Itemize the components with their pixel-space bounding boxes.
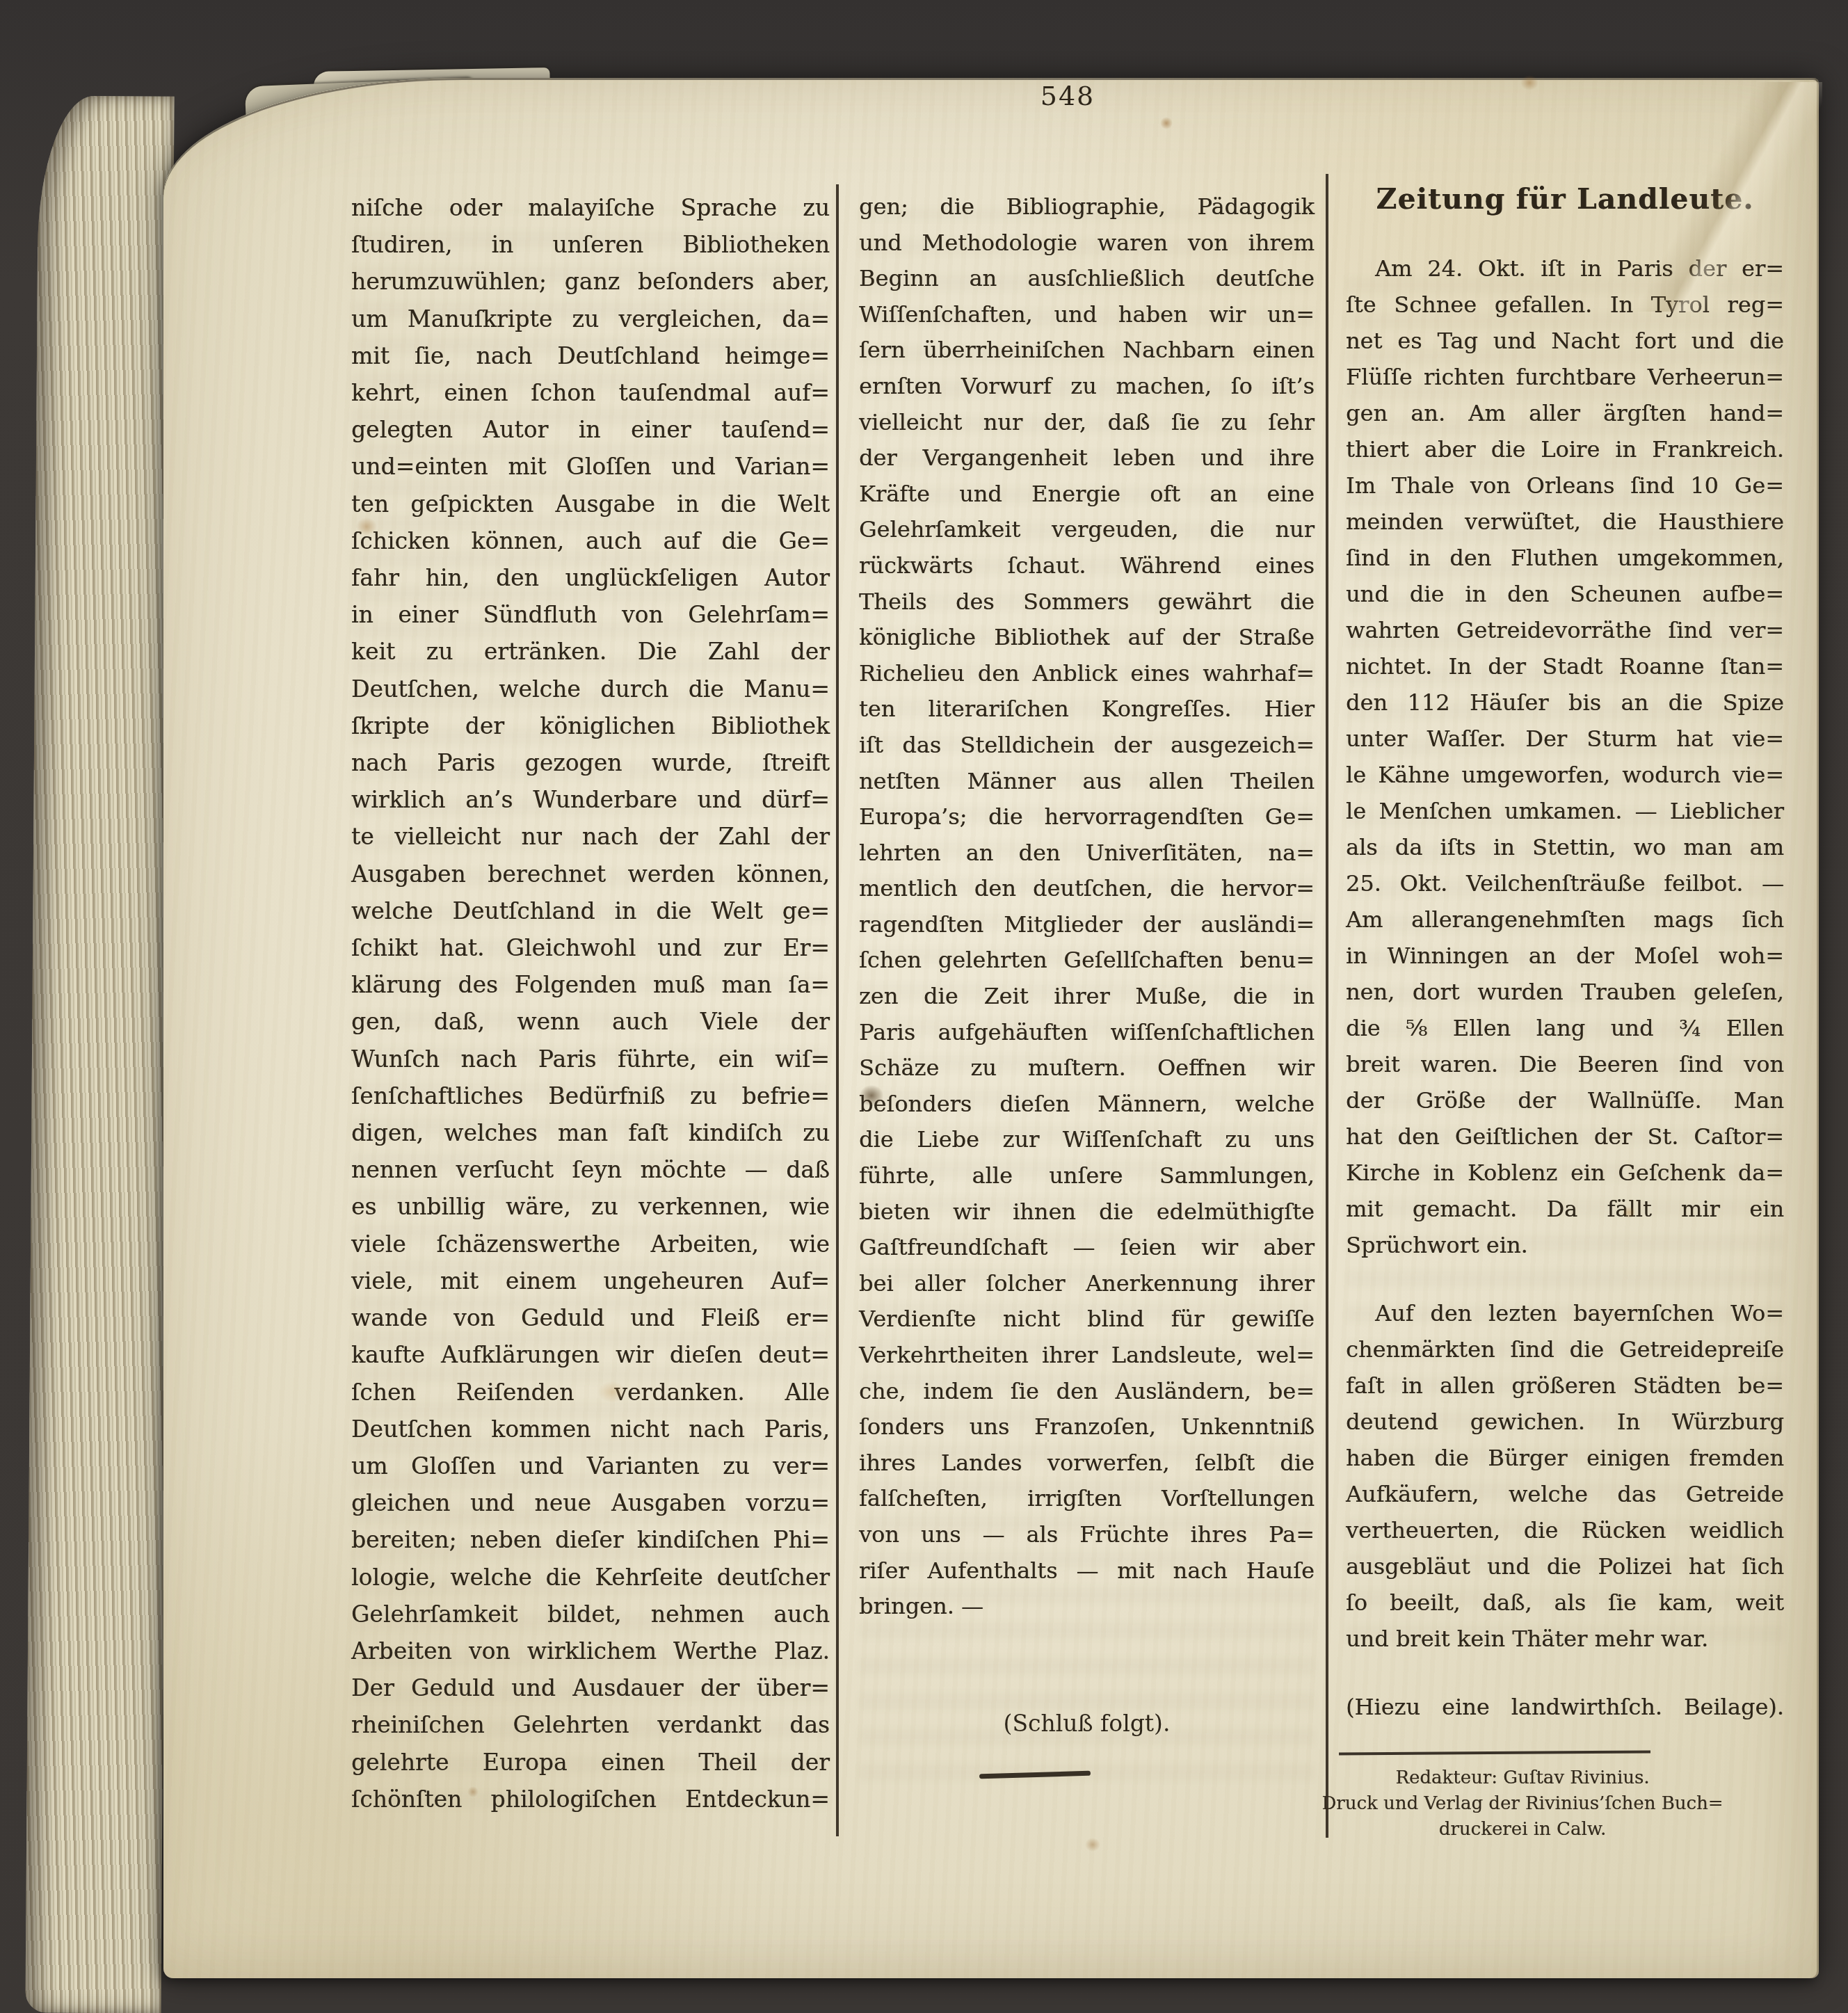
text-line: Kirche in Koblenz ein Geſchenk da= xyxy=(1346,1155,1784,1191)
column-divider xyxy=(1326,174,1328,1838)
text-line: (Hiezu eine landwirthſch. Beilage). xyxy=(1346,1689,1784,1725)
text-line: keit zu ertränken. Die Zahl der xyxy=(351,633,830,670)
photo-backdrop: 548 niſche oder malayiſche Sprache zuſtu… xyxy=(0,0,1848,2013)
text-line: Verdienſte nicht blind für gewiſſe xyxy=(859,1301,1315,1338)
text-line: rheiniſchen Gelehrten verdankt das xyxy=(351,1706,830,1743)
text-line: Gelehrſamkeit bildet, nehmen auch xyxy=(351,1596,830,1633)
text-line: hat den Geiſtlichen der St. Caſtor= xyxy=(1346,1118,1784,1155)
text-line: zen die Zeit ihrer Muße, die in xyxy=(859,979,1315,1015)
text-line: niſche oder malayiſche Sprache zu xyxy=(351,189,830,226)
text-line: Arbeiten von wirklichem Werthe Plaz. xyxy=(351,1633,830,1669)
text-line: beſonders dieſen Männern, welche xyxy=(859,1086,1315,1123)
text-line: meinden verwüſtet, die Hausthiere xyxy=(1346,504,1784,540)
text-line: und die in den Scheunen aufbe= xyxy=(1346,576,1784,612)
column-divider xyxy=(836,184,839,1836)
text-line: ſchicken können, auch auf die Ge= xyxy=(351,522,830,559)
text-line: Europa’s; die hervorragendſten Ge= xyxy=(859,799,1315,835)
text-line: wande von Geduld und Fleiß er= xyxy=(351,1299,830,1336)
text-line: faſt in allen größeren Städten be= xyxy=(1346,1368,1784,1404)
text-line: te vielleicht nur nach der Zahl der xyxy=(351,818,830,855)
text-line: mentlich den deutſchen, die hervor= xyxy=(859,871,1315,907)
imprint-place: druckerei in Calw. xyxy=(1320,1817,1725,1843)
text-line: che, indem ſie den Ausländern, be= xyxy=(859,1374,1315,1410)
text-line: gelegten Autor in einer tauſend= xyxy=(351,411,830,448)
text-line: ausgebläut und die Polizei hat ſich xyxy=(1346,1548,1784,1585)
text-line: Sprüchwort ein. xyxy=(1346,1227,1784,1263)
text-line: bei aller ſolcher Anerkennung ihrer xyxy=(859,1266,1315,1302)
imprint: Redakteur: Guſtav Rivinius. Druck und Ve… xyxy=(1320,1765,1725,1843)
text-line: gleichen und neue Ausgaben vorzu= xyxy=(351,1484,830,1521)
text-line: haben die Bürger einigen fremden xyxy=(1346,1440,1784,1476)
text-line: unter Waſſer. Der Sturm hat vie= xyxy=(1346,721,1784,757)
text-line: ſind in den Fluthen umgekommen, xyxy=(1346,540,1784,576)
text-line: Theils des Sommers gewährt die xyxy=(859,584,1315,620)
text-line: Flüſſe richten furchtbare Verheerun= xyxy=(1346,359,1784,395)
paragraph: niſche oder malayiſche Sprache zuſtudire… xyxy=(351,189,830,1818)
text-line: ſonders uns Franzoſen, Unkenntniß xyxy=(859,1409,1315,1445)
text-line: ſchen Reiſenden verdanken. Alle xyxy=(351,1374,830,1411)
text-line: 25. Okt. Veilchenſträuße feilbot. — xyxy=(1346,865,1784,901)
text-line: die ⅝ Ellen lang und ¾ Ellen xyxy=(1346,1010,1784,1046)
text-line: falſcheſten, irrigſten Vorſtellungen xyxy=(859,1481,1315,1517)
page-number: 548 xyxy=(348,81,1787,111)
text-line: netſten Männer aus allen Theilen xyxy=(859,764,1315,800)
text-line: net es Tag und Nacht fort und die xyxy=(1346,323,1784,359)
text-line: ſchen gelehrten Geſellſchaften benu= xyxy=(859,943,1315,979)
text-line: königliche Bibliothek auf der Straße xyxy=(859,620,1315,656)
text-line: fahr hin, den unglückſeligen Autor xyxy=(351,559,830,596)
text-line: ſchikt hat. Gleichwohl und zur Er= xyxy=(351,929,830,966)
paragraph: gen; die Bibliographie, Pädagogikund Met… xyxy=(859,189,1315,1625)
text-line: deutend gewichen. In Würzburg xyxy=(1346,1404,1784,1440)
text-line: rückwärts ſchaut. Während eines xyxy=(859,548,1315,584)
text-line: Am allerangenehmſten mags ſich xyxy=(1346,901,1784,938)
text-line: in einer Sündfluth von Gelehrſam= xyxy=(351,596,830,633)
text-line: ſo beeilt, daß, als ſie kam, weit xyxy=(1346,1585,1784,1621)
text-line: ten geſpickten Ausgabe in die Welt xyxy=(351,486,830,522)
text-line: viele, mit einem ungeheuren Auf= xyxy=(351,1262,830,1299)
text-line: le Menſchen umkamen. — Lieblicher xyxy=(1346,793,1784,829)
text-line: ſte Schnee gefallen. In Tyrol reg= xyxy=(1346,287,1784,323)
section-heading: Zeitung für Landleute. xyxy=(1339,182,1791,216)
text-line: ſtudiren, in unſeren Bibliotheken xyxy=(351,226,830,263)
text-line: lologie, welche die Kehrſeite deutſcher xyxy=(351,1559,830,1596)
book-page-edges xyxy=(25,95,174,2013)
text-line: lehrten an den Univerſitäten, na= xyxy=(859,835,1315,872)
text-line: Paris aufgehäuften wiſſenſchaftlichen xyxy=(859,1015,1315,1051)
text-line: von uns — als Früchte ihres Pa= xyxy=(859,1517,1315,1553)
text-line: gen, daß, wenn auch Viele der xyxy=(351,1003,830,1040)
text-line: Der Geduld und Ausdauer der über= xyxy=(351,1669,830,1706)
column-right: Am 24. Okt. iſt in Paris der er=ſte Schn… xyxy=(1346,250,1784,1725)
text-line: um Manuſkripte zu vergleichen, da= xyxy=(351,300,830,337)
text-line: Richelieu den Anblick eines wahrhaf= xyxy=(859,656,1315,692)
text-line: wirklich an’s Wunderbare und dürf= xyxy=(351,781,830,818)
text-line: Beginn an ausſchließlich deutſche xyxy=(859,261,1315,297)
text-line: digen, welches man faſt kindiſch zu xyxy=(351,1114,830,1151)
text-line: ſchönſten philologiſchen Entdeckun= xyxy=(351,1781,830,1818)
text-line: der Größe der Wallnüſſe. Man xyxy=(1346,1082,1784,1118)
imprint-printer: Druck und Verlag der Rivinius’ſchen Buch… xyxy=(1320,1791,1725,1817)
text-line: gen; die Bibliographie, Pädagogik xyxy=(859,189,1315,225)
text-line: Gelehrſamkeit vergeuden, die nur xyxy=(859,512,1315,548)
text-line: kaufte Aufklärungen wir dieſen deut= xyxy=(351,1336,830,1373)
text-line: thiert aber die Loire in Frankreich. xyxy=(1346,431,1784,467)
text-line: ſenſchaftliches Bedürfniß zu befrie= xyxy=(351,1077,830,1114)
text-line: mit ſie, nach Deutſchland heimge= xyxy=(351,337,830,374)
text-line: der Vergangenheit leben und ihre xyxy=(859,440,1315,476)
text-line: den 112 Häuſer bis an die Spize xyxy=(1346,684,1784,721)
text-line: es unbillig wäre, zu verkennen, wie xyxy=(351,1188,830,1225)
imprint-editor: Redakteur: Guſtav Rivinius. xyxy=(1320,1765,1725,1791)
text-line: nen, dort wurden Trauben geleſen, xyxy=(1346,974,1784,1010)
text-line: Kräfte und Energie oft an eine xyxy=(859,476,1315,513)
text-line: die Liebe zur Wiſſenſchaft zu uns xyxy=(859,1122,1315,1158)
text-line: ſern überrheiniſchen Nachbarn einen xyxy=(859,332,1315,369)
paragraph: Auf den lezten bayernſchen Wo=chenmärkte… xyxy=(1346,1295,1784,1657)
text-line: vielleicht nur der, daß ſie zu ſehr xyxy=(859,405,1315,441)
text-line: und breit kein Thäter mehr war. xyxy=(1346,1621,1784,1657)
text-line: Am 24. Okt. iſt in Paris der er= xyxy=(1346,250,1784,287)
text-line: viele ſchäzenswerthe Arbeiten, wie xyxy=(351,1226,830,1262)
text-line: Deutſchen, welche durch die Manu= xyxy=(351,671,830,707)
closing-note: (Schluß folgt). xyxy=(859,1710,1315,1737)
text-line: wahrten Getreidevorräthe ſind ver= xyxy=(1346,612,1784,648)
text-line: Wiſſenſchaften, und haben wir un= xyxy=(859,297,1315,333)
text-line: nichtet. In der Stadt Roanne ſtan= xyxy=(1346,648,1784,684)
column-left: niſche oder malayiſche Sprache zuſtudire… xyxy=(351,189,830,1818)
text-line: gen an. Am aller ärgſten hand= xyxy=(1346,395,1784,431)
text-line: gelehrte Europa einen Theil der xyxy=(351,1744,830,1781)
paragraph: Am 24. Okt. iſt in Paris der er=ſte Schn… xyxy=(1346,250,1784,1263)
text-line: Schäze zu muſtern. Oeffnen wir xyxy=(859,1050,1315,1086)
text-line: und Methodologie waren von ihrem xyxy=(859,225,1315,262)
text-line: breit waren. Die Beeren ſind von xyxy=(1346,1046,1784,1082)
text-line: Wunſch nach Paris führte, ein wiſ= xyxy=(351,1041,830,1077)
paragraph: (Hiezu eine landwirthſch. Beilage). xyxy=(1346,1689,1784,1725)
text-line: ernſten Vorwurf zu machen, ſo iſt’s xyxy=(859,369,1315,405)
text-line: kehrt, einen ſchon tauſendmal auf= xyxy=(351,374,830,411)
text-line: als da iſts in Stettin, wo man am xyxy=(1346,829,1784,865)
text-line: Auf den lezten bayernſchen Wo= xyxy=(1346,1295,1784,1331)
text-line: klärung des Folgenden muß man ſa= xyxy=(351,966,830,1003)
text-line: Im Thale von Orleans ſind 10 Ge= xyxy=(1346,467,1784,504)
text-line: führte, alle unſere Sammlungen, xyxy=(859,1158,1315,1194)
text-line: ihres Landes vorwerfen, ſelbſt die xyxy=(859,1445,1315,1482)
text-line: ſkripte der königlichen Bibliothek xyxy=(351,707,830,744)
text-line: bereiten; neben dieſer kindiſchen Phi= xyxy=(351,1521,830,1558)
text-line: bieten wir ihnen die edelmüthigſte xyxy=(859,1194,1315,1230)
text-line: iſt das Stelldichein der ausgezeich= xyxy=(859,728,1315,764)
text-line: nennen verſucht ſeyn möchte — daß xyxy=(351,1151,830,1188)
text-line: Verkehrtheiten ihrer Landsleute, wel= xyxy=(859,1338,1315,1374)
text-line: ragendſten Mitglieder der ausländi= xyxy=(859,907,1315,943)
text-line: um Gloſſen und Varianten zu ver= xyxy=(351,1447,830,1484)
text-line: Deutſchen kommen nicht nach Paris, xyxy=(351,1411,830,1447)
text-line: chenmärkten ſind die Getreidepreiſe xyxy=(1346,1331,1784,1368)
text-line: mit gemacht. Da fällt mir ein xyxy=(1346,1191,1784,1227)
text-line: ten literariſchen Kongreſſes. Hier xyxy=(859,691,1315,728)
text-line: vertheuerten, die Rücken weidlich xyxy=(1346,1512,1784,1548)
text-line: welche Deutſchland in die Welt ge= xyxy=(351,892,830,929)
text-line: in Winningen an der Moſel woh= xyxy=(1346,938,1784,974)
text-line: nach Paris gezogen wurde, ſtreift xyxy=(351,744,830,781)
text-line: und=einten mit Gloſſen und Varian= xyxy=(351,448,830,485)
text-line: Ausgaben berechnet werden können, xyxy=(351,856,830,892)
text-line: Aufkäufern, welche das Getreide xyxy=(1346,1476,1784,1512)
text-line: bringen. — xyxy=(859,1589,1315,1625)
column-middle: gen; die Bibliographie, Pädagogikund Met… xyxy=(859,189,1315,1625)
text-line: herumzuwühlen; ganz beſonders aber, xyxy=(351,263,830,300)
text-line: Gaſtfreundſchaft — ſeien wir aber xyxy=(859,1230,1315,1266)
text-line: le Kähne umgeworfen, wodurch vie= xyxy=(1346,757,1784,793)
text-line: riſer Aufenthalts — mit nach Hauſe xyxy=(859,1553,1315,1589)
